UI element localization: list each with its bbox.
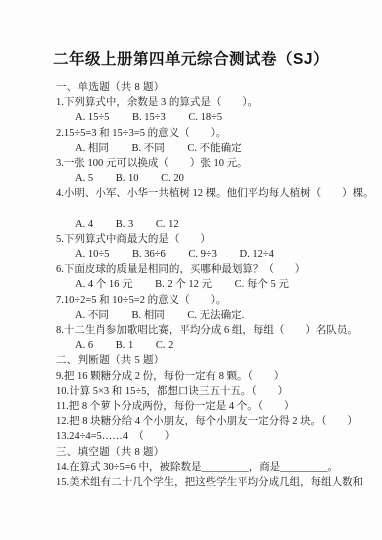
paper-body: 一、单选题（共 8 题） 1.下列算式中，余数是 3 的算式是（ ）。 A. 1…	[0, 80, 382, 490]
question-6-option-a: A. 4 个 16 元	[75, 277, 132, 292]
question-4: 4.小明、小军、小华一共植树 12 棵。他们平均每人植树（ ）棵。	[56, 186, 374, 201]
question-4-options: A. 4 B. 3 C. 12	[56, 217, 374, 232]
question-3: 3.一张 100 元可以换成（ ）张 10 元。	[56, 156, 374, 171]
question-6-option-b: B. 2 个 12 元	[155, 277, 212, 292]
question-7-option-c: C. 无法确定.	[187, 308, 244, 323]
question-15: 15.美术组有二十几个学生，把这些学生平均分成几组，每组人数和	[56, 475, 374, 490]
question-10: 10.计算 5×3 和 15÷5，都想口诀三五十五。（ ）	[56, 384, 374, 399]
question-1: 1.下列算式中，余数是 3 的算式是（ ）。	[56, 95, 374, 110]
question-5-option-a: A. 10÷5	[75, 247, 109, 262]
question-8-options: A. 6 B. 1 C. 2	[56, 338, 374, 353]
question-5-options: A. 10÷5 B. 36÷6 C. 9÷3 D. 12÷4	[56, 247, 374, 262]
question-6-options: A. 4 个 16 元 B. 2 个 12 元 C. 每个 5 元	[56, 277, 374, 292]
question-1-option-a: A. 15÷5	[75, 110, 109, 125]
question-12: 12.把 8 块糖分给 4 个小朋友，每个小朋友一定分得 2 块。（ ）	[56, 414, 374, 429]
question-7-options: A. 不同 B. 相同 C. 无法确定.	[56, 308, 374, 323]
question-6: 6.下面皮球的质量是相同的，买哪种最划算？（ ）	[56, 262, 374, 277]
question-5-option-c: C. 9÷3	[188, 247, 217, 262]
question-8-option-c: C. 2	[156, 338, 174, 353]
question-14: 14.在算式 30÷5=6 中，被除数是_________，商是________…	[56, 460, 374, 475]
question-4-option-b: B. 3	[116, 217, 134, 232]
question-3-option-c: C. 20	[161, 171, 184, 186]
question-1-option-b: B. 15÷3	[132, 110, 166, 125]
question-4-option-c: C. 12	[156, 217, 179, 232]
question-8-option-a: A. 6	[75, 338, 93, 353]
question-9: 9.把 16 颗糖分成 2 份，每份一定有 8 颗。（ ）	[56, 369, 374, 384]
question-2-option-b: B. 不同	[131, 141, 164, 156]
question-8: 8.十二生肖参加歌唱比赛，平均分成 6 组，每组（ ）名队员。	[56, 323, 374, 338]
question-2-options: A. 相同 B. 不同 C. 不能确定	[56, 141, 374, 156]
page-title: 二年级上册第四单元综合测试卷（SJ）	[0, 0, 382, 80]
question-3-option-a: A. 5	[75, 171, 93, 186]
question-8-option-b: B. 1	[116, 338, 134, 353]
question-1-option-c: C. 18÷5	[188, 110, 222, 125]
blank-line	[56, 202, 374, 217]
question-5: 5.下列算式中商最大的是（ ）	[56, 232, 374, 247]
question-2-option-a: A. 相同	[75, 141, 109, 156]
section-heading-fill-blank: 三、填空题（共 8 题）	[56, 445, 374, 460]
question-4-option-a: A. 4	[75, 217, 93, 232]
question-11: 11.把 8 个萝卜分成两份，每份一定是 4 个。（ ）	[56, 399, 374, 414]
question-2: 2.15÷5=3 和 15÷3=5 的意义（ ）。	[56, 126, 374, 141]
section-heading-true-false: 二、判断题（共 5 题）	[56, 353, 374, 368]
test-paper-page: 二年级上册第四单元综合测试卷（SJ） 一、单选题（共 8 题） 1.下列算式中，…	[0, 0, 382, 540]
question-1-options: A. 15÷5 B. 15÷3 C. 18÷5	[56, 110, 374, 125]
question-2-option-c: C. 不能确定	[187, 141, 241, 156]
question-7-option-a: A. 不同	[75, 308, 109, 323]
question-7-option-b: B. 相同	[131, 308, 164, 323]
question-3-options: A. 5 B. 10 C. 20	[56, 171, 374, 186]
question-5-option-b: B. 36÷6	[132, 247, 166, 262]
question-13: 13.24÷4=5……4 （ ）	[56, 429, 374, 444]
question-3-option-b: B. 10	[116, 171, 139, 186]
question-7: 7.10÷2=5 和 10÷5=2 的意义（ ）。	[56, 293, 374, 308]
question-6-option-c: C. 每个 5 元	[235, 277, 289, 292]
question-5-option-d: D. 12÷4	[240, 247, 274, 262]
section-heading-single-choice: 一、单选题（共 8 题）	[56, 80, 374, 95]
